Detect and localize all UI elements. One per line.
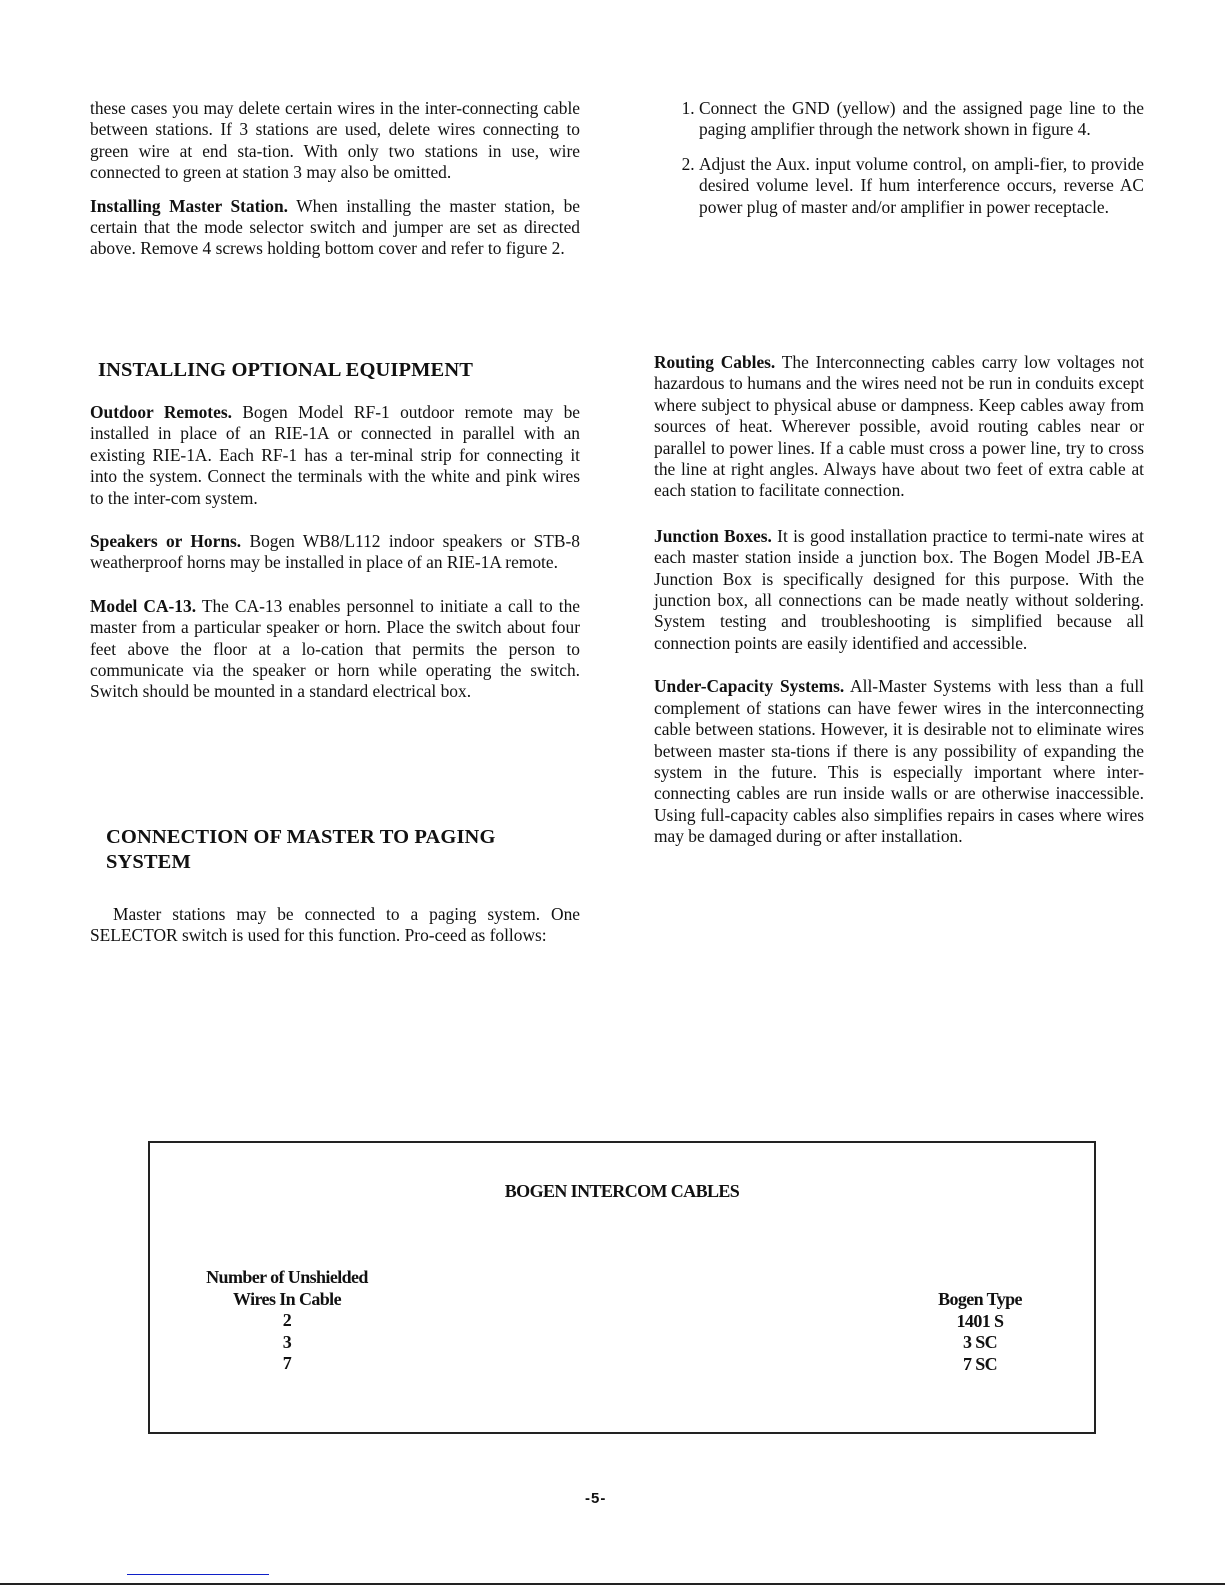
right-column-steps: Connect the GND (yellow) and the assigne… — [654, 98, 1144, 231]
type-header: Bogen Type — [920, 1289, 1040, 1311]
right-column-body: Routing Cables. The Interconnecting cabl… — [654, 352, 1144, 848]
section-title-paging-line1: CONNECTION OF MASTER TO PAGING — [106, 825, 496, 850]
type-cell: 7 SC — [920, 1354, 1040, 1376]
wires-cell: 2 — [202, 1310, 372, 1332]
under-capacity-text: All-Master Systems with less than a full… — [654, 676, 1144, 846]
under-capacity-paragraph: Under-Capacity Systems. All-Master Syste… — [654, 676, 1144, 847]
left-column-paging: Master stations may be connected to a pa… — [90, 904, 580, 947]
paging-steps-list: Connect the GND (yellow) and the assigne… — [654, 98, 1144, 218]
paging-paragraph: Master stations may be connected to a pa… — [90, 904, 580, 947]
wires-column: Number of Unshielded Wires In Cable 2 3 … — [202, 1267, 372, 1375]
routing-cables-heading: Routing Cables. — [654, 352, 775, 372]
junction-boxes-paragraph: Junction Boxes. It is good installation … — [654, 526, 1144, 654]
wires-cell: 7 — [202, 1353, 372, 1375]
cable-table-box: BOGEN INTERCOM CABLES Number of Unshield… — [148, 1141, 1096, 1434]
speakers-horns-heading: Speakers or Horns. — [90, 531, 241, 551]
section-title-optional-equipment: INSTALLING OPTIONAL EQUIPMENT — [98, 358, 473, 383]
type-cell: 1401 S — [920, 1311, 1040, 1333]
model-ca13-heading: Model CA-13. — [90, 596, 196, 616]
wires-header-line2: Wires In Cable — [202, 1289, 372, 1311]
type-column: Bogen Type 1401 S 3 SC 7 SC — [920, 1289, 1040, 1375]
left-column-top: these cases you may delete certain wires… — [90, 98, 580, 260]
outdoor-remotes-heading: Outdoor Remotes. — [90, 402, 232, 422]
under-capacity-heading: Under-Capacity Systems. — [654, 676, 844, 696]
section-title-paging: CONNECTION OF MASTER TO PAGING SYSTEM — [106, 825, 496, 875]
paging-step-1: Connect the GND (yellow) and the assigne… — [699, 98, 1144, 141]
wires-header-line1: Number of Unshielded — [202, 1267, 372, 1289]
intro-paragraph: these cases you may delete certain wires… — [90, 98, 580, 184]
installing-master-heading: Installing Master Station. — [90, 196, 288, 216]
installing-master-paragraph: Installing Master Station. When installi… — [90, 196, 580, 260]
left-column-optional: Outdoor Remotes. Bogen Model RF-1 outdoo… — [90, 402, 580, 703]
page-number: -5- — [585, 1490, 606, 1507]
routing-cables-paragraph: Routing Cables. The Interconnecting cabl… — [654, 352, 1144, 502]
speakers-horns-paragraph: Speakers or Horns. Bogen WB8/L112 indoor… — [90, 531, 580, 574]
junction-boxes-heading: Junction Boxes. — [654, 526, 772, 546]
section-title-paging-line2: SYSTEM — [106, 850, 496, 875]
paging-step-2: Adjust the Aux. input volume control, on… — [699, 154, 1144, 218]
type-cell: 3 SC — [920, 1332, 1040, 1354]
scan-artifact-line — [127, 1574, 269, 1575]
outdoor-remotes-paragraph: Outdoor Remotes. Bogen Model RF-1 outdoo… — [90, 402, 580, 509]
model-ca13-paragraph: Model CA-13. The CA-13 enables personnel… — [90, 596, 580, 703]
cable-table-title: BOGEN INTERCOM CABLES — [150, 1181, 1094, 1202]
routing-cables-text: The Interconnecting cables carry low vol… — [654, 352, 1144, 500]
wires-cell: 3 — [202, 1332, 372, 1354]
